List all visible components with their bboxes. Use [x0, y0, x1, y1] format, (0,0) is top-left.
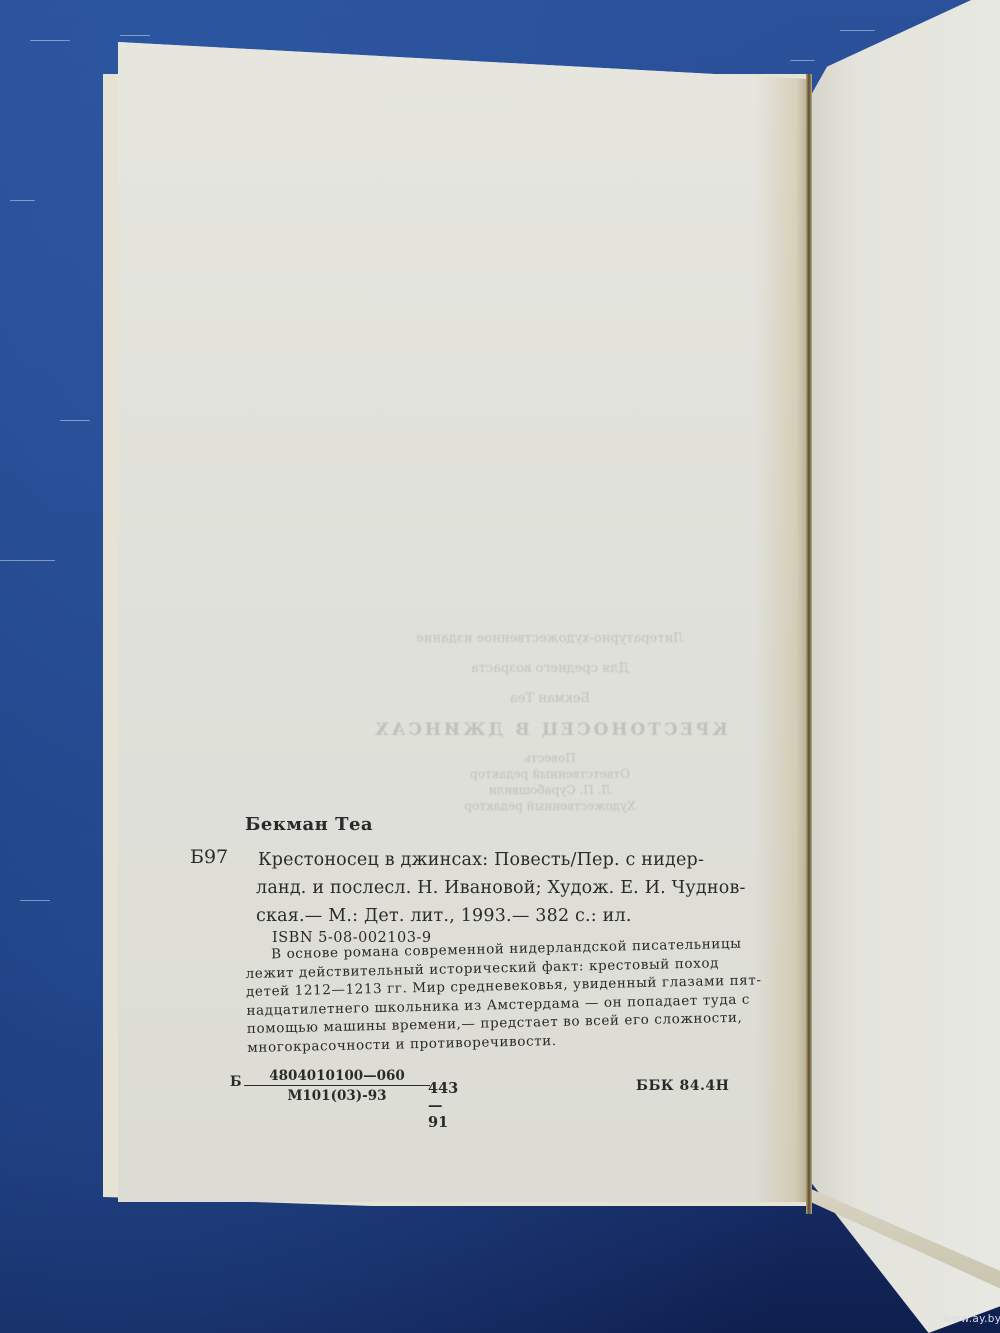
catalog-numerator: 4804010100—060 — [244, 1068, 430, 1086]
catalog-prefix: Б — [230, 1074, 242, 1090]
catalog-denominator: М101(03)-93 — [244, 1086, 430, 1104]
catalog-code: Б97 — [190, 846, 228, 868]
catalog-fraction: 4804010100—060 М101(03)-93 — [244, 1068, 430, 1104]
site-watermark: www.ay.by — [943, 1313, 1000, 1325]
description-line: Крестоносец в джинсах: Повесть/Пер. с ни… — [258, 846, 778, 874]
catalog-suffix: 443—91 — [428, 1080, 458, 1131]
author-name: Бекман Теа — [245, 814, 373, 835]
description-line: ланд. и послесл. Н. Ивановой; Худож. Е. … — [256, 874, 778, 902]
abstract: В основе романа современной нидерландско… — [245, 934, 787, 1057]
bibliographic-description: Крестоносец в джинсах: Повесть/Пер. с ни… — [258, 846, 778, 930]
imprint-block: Бекман Теа Б97 Крестоносец в джинсах: По… — [0, 0, 1000, 1333]
bbk-code: ББК 84.4Н — [636, 1078, 729, 1094]
description-line: ская.— М.: Дет. лит., 1993.— 382 с.: ил. — [256, 902, 778, 930]
